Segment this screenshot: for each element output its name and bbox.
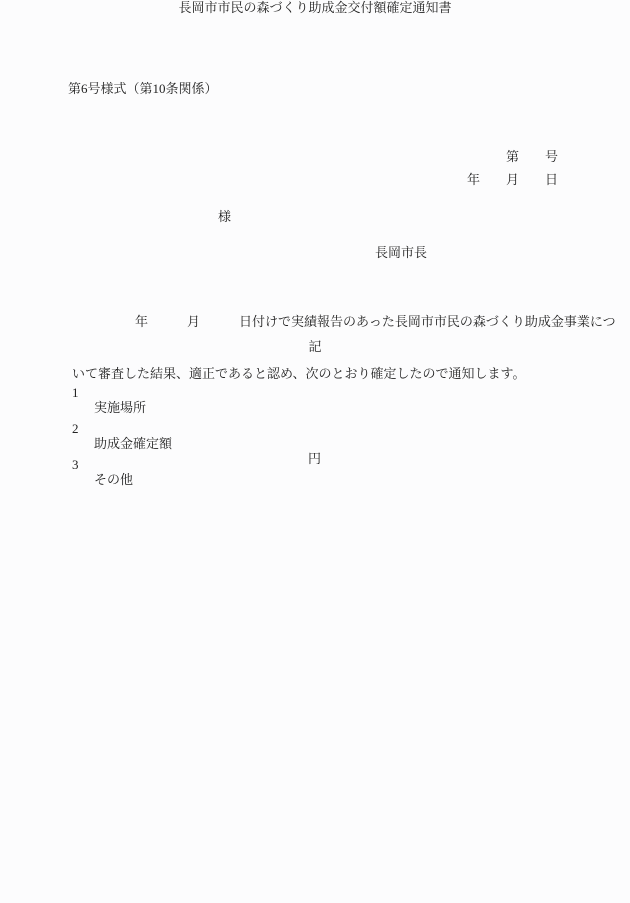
document-title: 長岡市市民の森づくり助成金交付額確定通知書: [0, 0, 630, 15]
document-number-field: 第 号: [506, 149, 558, 164]
form-number: 第6号様式（第10条関係）: [68, 81, 218, 96]
document-page: 第6号様式（第10条関係） 長岡市市民の森づくり助成金交付額確定通知書 第 号 …: [0, 0, 630, 903]
item-label: その他: [94, 472, 133, 487]
date-field: 年 月 日: [467, 172, 558, 187]
item-number: 3: [72, 457, 79, 472]
sender-name: 長岡市長: [375, 245, 427, 260]
recipient-honorific: 様: [218, 209, 231, 224]
list-item: 3 その他: [0, 442, 630, 517]
body-line-1: 年 月 日付けで実績報告のあった長岡市市民の森づくり助成金事業につ: [72, 311, 556, 333]
list-heading: 記: [0, 339, 630, 354]
item-number: 1: [72, 385, 79, 400]
item-number: 2: [72, 421, 79, 436]
